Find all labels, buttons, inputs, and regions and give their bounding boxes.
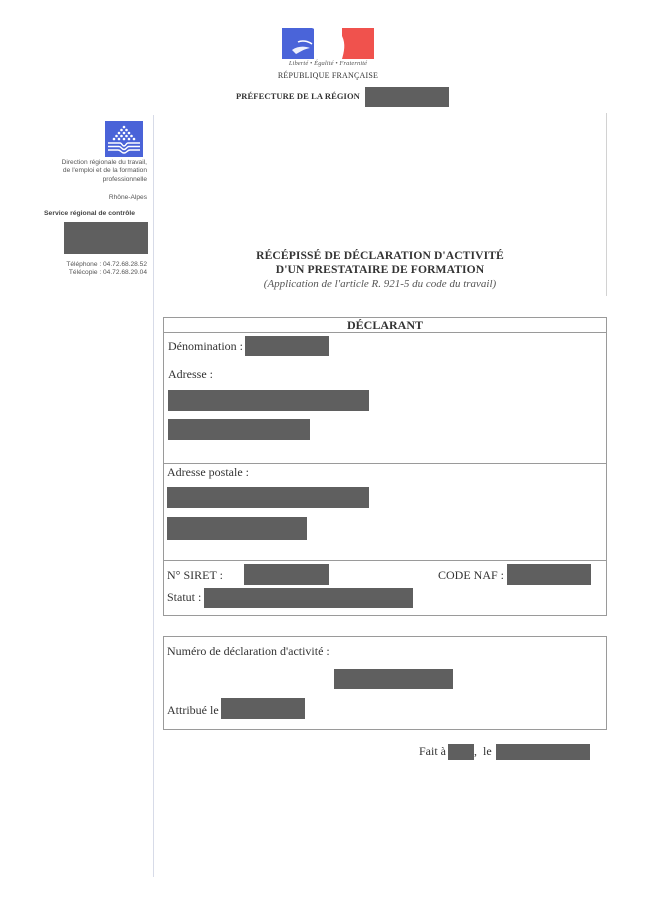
redacted-service-address [64, 222, 148, 254]
contact-phones: Téléphone : 04.72.68.28.52 Télécopie : 0… [30, 261, 147, 278]
redacted-statut [204, 588, 413, 608]
org-name: Direction régionale du travail, de l'emp… [30, 159, 147, 184]
org-line-3: professionnelle [30, 176, 147, 184]
region-name: Rhône-Alpes [30, 194, 147, 202]
redacted-fait-place [448, 744, 474, 760]
republic-motto: Liberté • Égalité • Fraternité [270, 60, 386, 67]
redacted-naf [507, 564, 591, 585]
adresse-divider [163, 463, 607, 464]
attribue-label: Attribué le [167, 703, 219, 718]
redacted-region-name [365, 87, 449, 107]
le-label: , le [474, 744, 492, 759]
redacted-adresse-postale-line-2 [167, 517, 307, 540]
heading-divider [163, 332, 607, 333]
fait-a-label: Fait à [419, 744, 446, 759]
republique-francaise: RÉPUBLIQUE FRANÇAISE [270, 71, 386, 80]
redacted-denomination [245, 336, 329, 356]
postale-divider [163, 560, 607, 561]
redacted-siret [244, 564, 329, 585]
redacted-adresse-line-2 [168, 419, 310, 440]
title-subtitle: (Application de l'article R. 921-5 du co… [200, 277, 560, 291]
telecopie: Télécopie : 04.72.68.29.04 [30, 269, 147, 277]
left-margin-rule [153, 115, 154, 877]
org-line-1: Direction régionale du travail, [30, 159, 147, 167]
right-margin-rule [606, 113, 607, 296]
document-title: RÉCÉPISSÉ DE DÉCLARATION D'ACTIVITÉ D'UN… [200, 249, 560, 291]
numero-declaration-label: Numéro de déclaration d'activité : [167, 644, 330, 659]
redacted-adresse-postale-line-1 [167, 487, 369, 508]
redacted-adresse-line-1 [168, 390, 369, 411]
declarant-heading: DÉCLARANT [163, 318, 607, 333]
service-name: Service régional de contrôle [44, 210, 135, 217]
marianne-flag-icon [282, 28, 374, 59]
redacted-fait-date [496, 744, 590, 760]
siret-label: N° SIRET : [167, 568, 223, 583]
title-line-2: D'UN PRESTATAIRE DE FORMATION [200, 263, 560, 277]
telephone: Téléphone : 04.72.68.28.52 [30, 261, 147, 269]
redacted-attribue-date [221, 698, 305, 719]
direccte-logo [105, 121, 143, 157]
title-line-1: RÉCÉPISSÉ DE DÉCLARATION D'ACTIVITÉ [200, 249, 560, 263]
redacted-numero-declaration [334, 669, 453, 689]
marianne-logo [282, 28, 374, 59]
direccte-logo-icon [105, 121, 143, 157]
denomination-label: Dénomination : [168, 339, 243, 354]
statut-label: Statut : [167, 590, 201, 605]
org-line-2: de l'emploi et de la formation [30, 167, 147, 175]
adresse-postale-label: Adresse postale : [167, 465, 249, 480]
adresse-label: Adresse : [168, 367, 213, 382]
naf-label: CODE NAF : [438, 568, 504, 583]
prefecture-label: PRÉFECTURE DE LA RÉGION [236, 91, 360, 101]
